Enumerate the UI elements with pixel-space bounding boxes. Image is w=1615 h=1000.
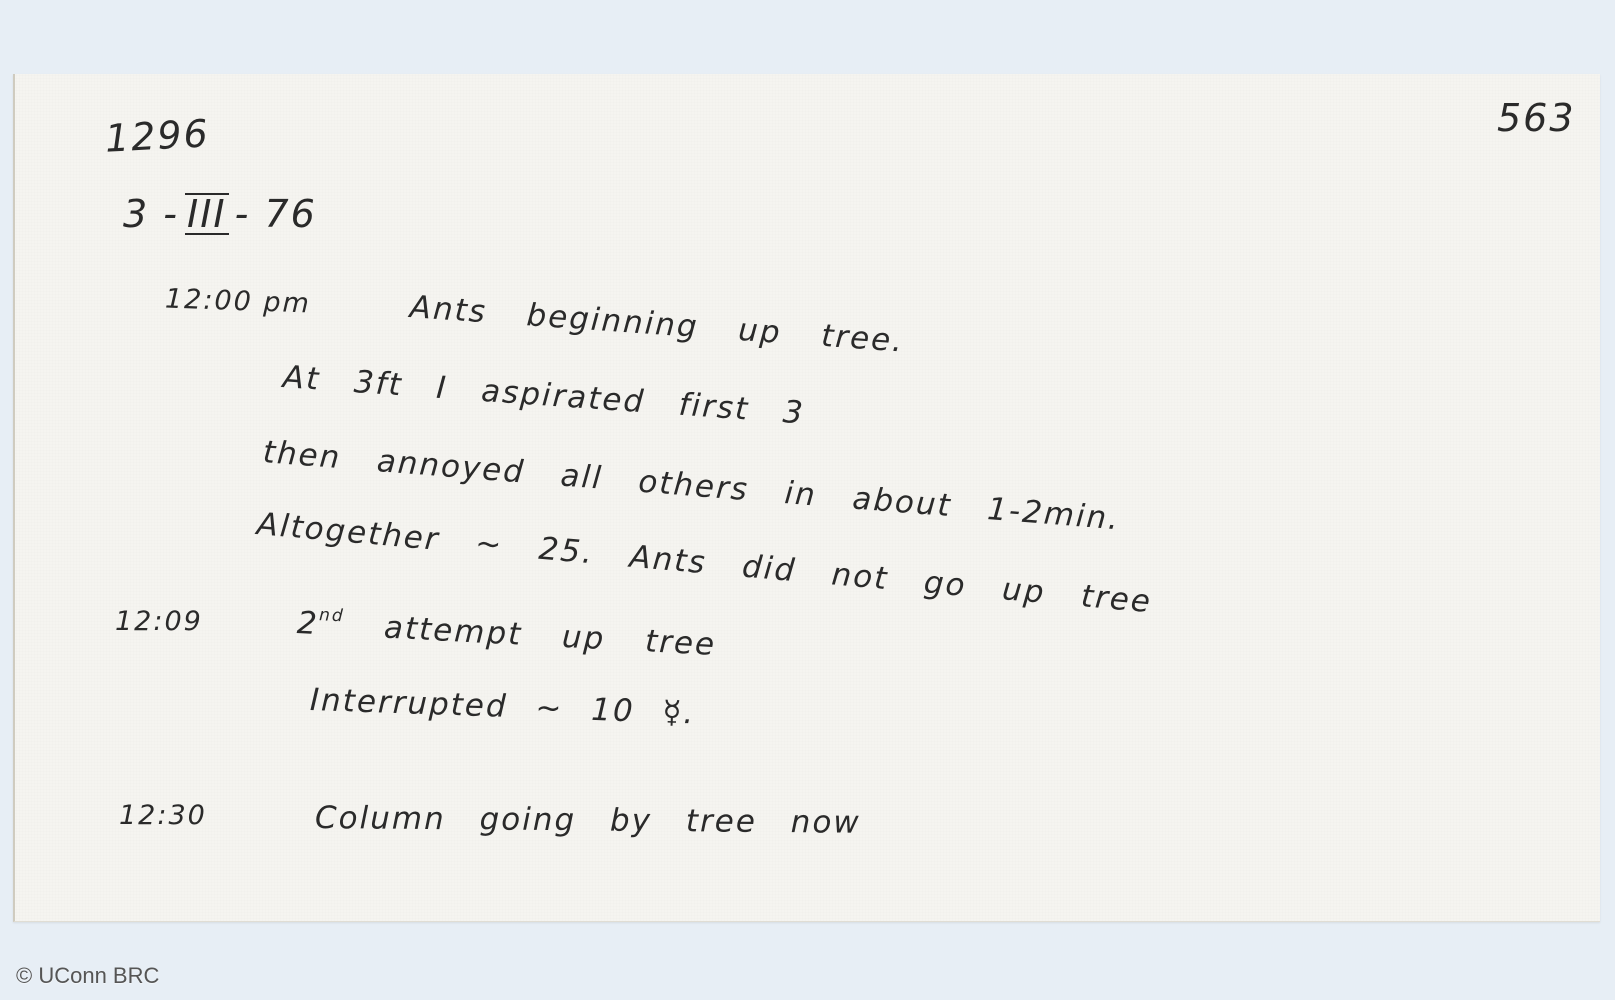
entry-time: 12:00 pm [165,283,312,319]
entry-time: 12:09 [115,606,203,637]
entry-line: Interrupted ~ 10 ☿. [309,682,696,731]
ordinal-number: 2 [296,605,320,642]
page-number: 563 [1497,96,1576,140]
entry-line-text: attempt up tree [383,610,717,663]
entry-line: Column going by tree now [315,800,861,841]
index-card: 1296 563 3 -III- 76 12:00 pm Ants beginn… [13,74,1600,922]
catalog-number: 1296 [104,111,211,160]
date-month-roman: III [185,193,229,235]
copyright-notice: © UConn BRC [16,963,159,989]
ordinal-suffix: nd [319,605,346,626]
entry-line: 2nd attempt up tree [296,604,717,663]
date-year: 76 [264,192,316,236]
date: 3 -III- 76 [123,192,317,236]
date-day: 3 [123,192,149,236]
entry-line: Ants beginning up tree. [409,289,906,359]
entry-line: At 3ft I aspirated first 3 [282,359,806,431]
entry-time: 12:30 [119,800,207,831]
